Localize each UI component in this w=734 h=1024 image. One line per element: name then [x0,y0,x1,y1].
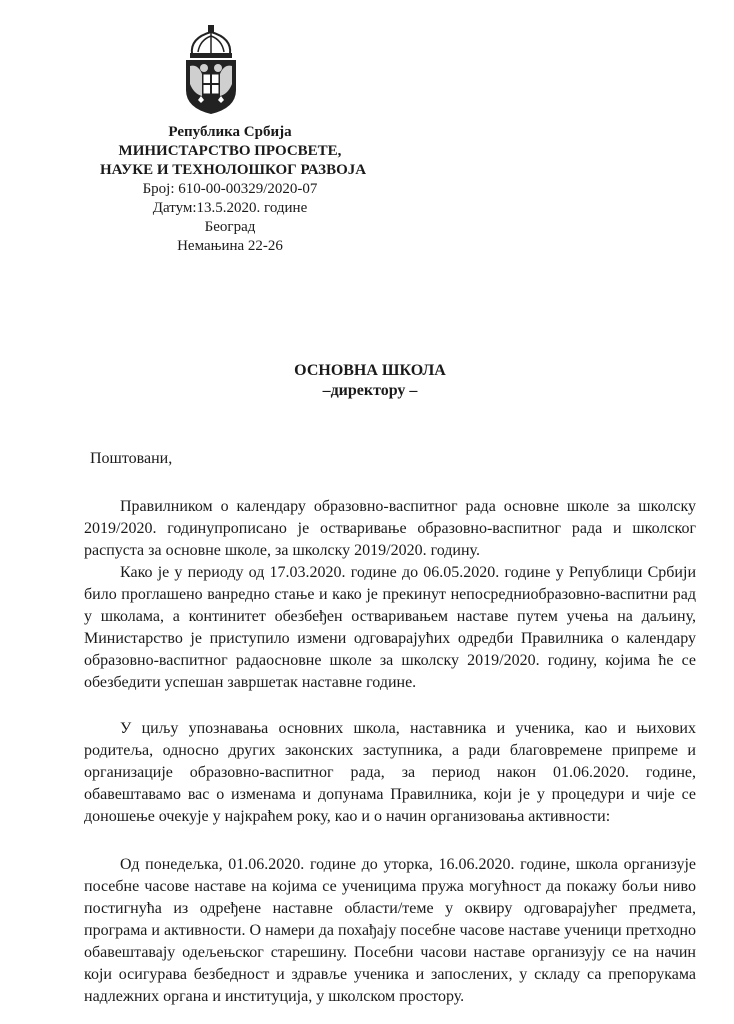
serbian-coat-of-arms-icon [178,24,244,116]
ministry-name-line2: НАУКЕ И ТЕХНОЛОШКОГ РАЗВОЈА [100,161,360,180]
letter-page: Република Србија МИНИСТАРСТВО ПРОСВЕТЕ, … [0,0,734,1024]
salutation: Поштовани, [84,448,696,470]
document-number: Број: 610-00-00329/2020-07 [100,180,360,199]
recipient-line1: ОСНОВНА ШКОЛА [240,361,500,381]
address: Немањина 22-26 [100,237,360,256]
spacer [84,694,696,718]
ministry-header: Република Србија МИНИСТАРСТВО ПРОСВЕТЕ, … [100,123,360,256]
recipient-line2: –директору – [240,381,500,401]
paragraph-4: Од понедељка, 01.06.2020. године до утор… [84,854,696,1008]
city: Београд [100,218,360,237]
ministry-name-line1: МИНИСТАРСТВО ПРОСВЕТЕ, [100,142,360,161]
paragraph-1: Правилником о календару образовно-васпит… [84,496,696,562]
letter-body: Поштовани, Правилником о календару образ… [84,448,696,1008]
recipient-block: ОСНОВНА ШКОЛА –директору – [240,361,500,401]
country-name: Република Србија [100,123,360,142]
paragraph-2: Како је у периоду од 17.03.2020. године … [84,562,696,694]
document-date: Датум:13.5.2020. године [100,199,360,218]
spacer [84,828,696,854]
paragraph-3: У циљу упознавања основних школа, настав… [84,718,696,828]
